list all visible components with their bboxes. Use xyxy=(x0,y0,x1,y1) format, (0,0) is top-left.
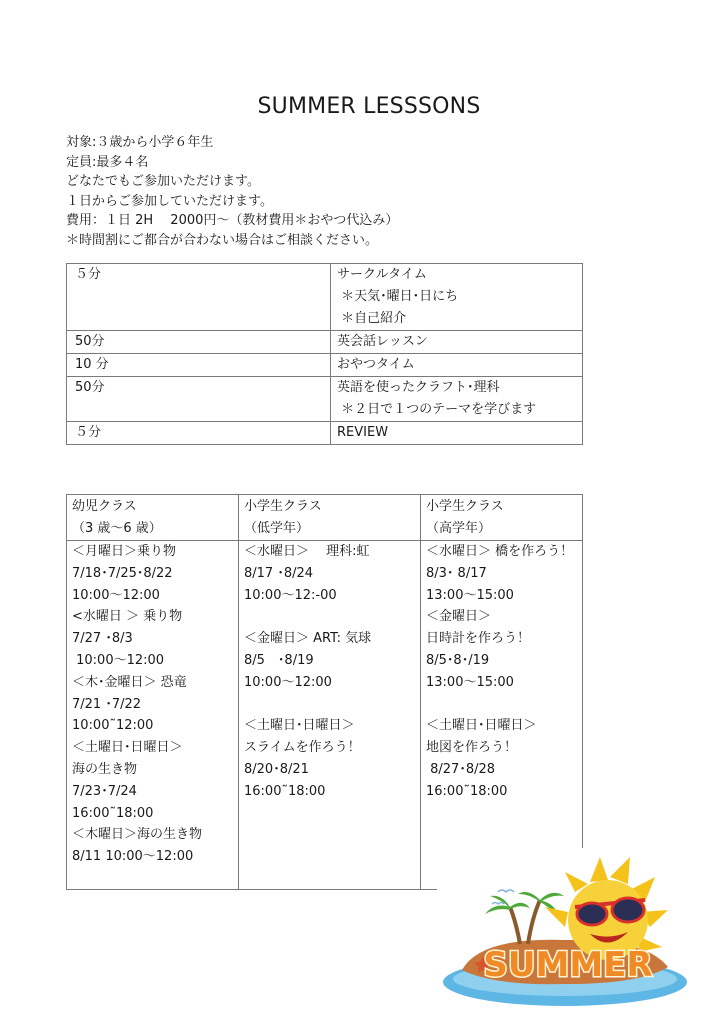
schedule-activity: REVIEW xyxy=(331,422,583,445)
class-schedule-line: ＜土曜日･日曜日＞ xyxy=(244,715,420,737)
class-schedule-line: 16:00˜18:00 xyxy=(426,781,582,803)
class-schedule-line: 7/23･7/24 xyxy=(72,781,238,803)
class-schedule-line: ＜水曜日＞ 橋を作ろう！ xyxy=(426,541,582,563)
info-one-day: １日からご参加していただけます。 xyxy=(66,192,398,212)
schedule-activity: サークルタイム ＊天気･曜日･日にち ＊自己紹介 xyxy=(331,264,583,331)
activity-title: REVIEW xyxy=(337,422,582,444)
class-schedule-line xyxy=(426,694,582,716)
class-schedule-line: 7/18･7/25･8/22 xyxy=(72,563,238,585)
schedule-duration: ５分 xyxy=(67,264,331,331)
class-schedule-line: ＜土曜日･日曜日＞ xyxy=(72,737,238,759)
activity-title: サークルタイム xyxy=(337,264,582,286)
class-schedule-toddler: ＜月曜日＞乗り物7/18･7/25･8/2210:00～12:00<水曜日 ＞ … xyxy=(67,541,239,890)
class-schedule-line: ＜金曜日＞ ART: 気球 xyxy=(244,628,420,650)
class-header-toddler: 幼児クラス（3 歳～6 歳） xyxy=(67,495,239,541)
class-schedule-line: ＜木曜日＞海の生き物 xyxy=(72,824,238,846)
class-name: 小学生クラス xyxy=(244,496,420,518)
class-schedule-line: 10:00˜12:00 xyxy=(72,715,238,737)
info-note: ＊時間割にご都合が合わない場合はご相談ください。 xyxy=(66,231,398,251)
info-capacity: 定員:最多４名 xyxy=(66,153,398,173)
class-schedule-line: 10:00～12:-00 xyxy=(244,585,420,607)
class-schedule-line: 10:00～12:00 xyxy=(72,650,238,672)
class-header-upper: 小学生クラス（高学年） xyxy=(421,495,583,541)
class-schedule-upper: ＜水曜日＞ 橋を作ろう！8/3･ 8/1713:00～15:00＜金曜日＞日時計… xyxy=(421,541,583,890)
class-schedule-line: 8/5 ･8/19 xyxy=(244,650,420,672)
class-age: （低学年） xyxy=(244,518,420,540)
activity-note: ＊天気･曜日･日にち xyxy=(337,286,582,308)
activity-title: 英語を使ったクラフト･理科 xyxy=(337,377,582,399)
schedule-duration: 50分 xyxy=(67,331,331,354)
bird-icon xyxy=(492,903,504,905)
schedule-row: ５分サークルタイム ＊天気･曜日･日にち ＊自己紹介 xyxy=(67,264,583,331)
class-schedule-line: 日時計を作ろう！ xyxy=(426,628,582,650)
class-schedule-line: 8/3･ 8/17 xyxy=(426,563,582,585)
class-body-row: ＜月曜日＞乗り物7/18･7/25･8/2210:00～12:00<水曜日 ＞ … xyxy=(67,541,583,890)
class-schedule-lower: ＜水曜日＞ 理科:虹8/17 ･8/2410:00～12:-00＜金曜日＞ AR… xyxy=(239,541,421,890)
schedule-activity: 英語を使ったクラフト･理科 ＊２日で１つのテーマを学びます xyxy=(331,377,583,422)
bird-icon xyxy=(498,890,514,892)
class-age: （高学年） xyxy=(426,518,582,540)
class-name: 小学生クラス xyxy=(426,496,582,518)
class-table: 幼児クラス（3 歳～6 歳） 小学生クラス（低学年） 小学生クラス（高学年） ＜… xyxy=(66,494,583,890)
class-schedule-line: 8/5･8･/19 xyxy=(426,650,582,672)
summer-illustration: SUMMER xyxy=(440,852,690,1017)
class-schedule-line: 10:00～12:00 xyxy=(244,672,420,694)
class-schedule-line: 8/20･8/21 xyxy=(244,759,420,781)
class-schedule-line: 10:00～12:00 xyxy=(72,585,238,607)
class-age: （3 歳～6 歳） xyxy=(72,518,238,540)
class-schedule-line: ＜金曜日＞ xyxy=(426,606,582,628)
class-schedule-line: 8/17 ･8/24 xyxy=(244,563,420,585)
info-fee: 費用：１日 2H 2000円～（教材費用＊おやつ代込み） xyxy=(66,211,398,231)
class-schedule-line: ＜土曜日･日曜日＞ xyxy=(426,715,582,737)
class-schedule-line: スライムを作ろう！ xyxy=(244,737,420,759)
info-target: 対象:３歳から小学６年生 xyxy=(66,133,398,153)
class-schedule-line: 8/27･8/28 xyxy=(426,759,582,781)
schedule-table: ５分サークルタイム ＊天気･曜日･日にち ＊自己紹介50分英会話レッスン10 分… xyxy=(66,263,583,445)
class-schedule-line: <水曜日 ＞ 乗り物 xyxy=(72,606,238,628)
class-header-lower: 小学生クラス（低学年） xyxy=(239,495,421,541)
class-schedule-line: ＜木･金曜日＞ 恐竜 xyxy=(72,672,238,694)
activity-note: ＊２日で１つのテーマを学びます xyxy=(337,399,582,421)
schedule-duration: ５分 xyxy=(67,422,331,445)
schedule-activity: 英会話レッスン xyxy=(331,331,583,354)
class-schedule-line: 海の生き物 xyxy=(72,759,238,781)
schedule-row: 10 分おやつタイム xyxy=(67,354,583,377)
schedule-row: ５分REVIEW xyxy=(67,422,583,445)
class-name: 幼児クラス xyxy=(72,496,238,518)
class-schedule-line: 13:00～15:00 xyxy=(426,672,582,694)
class-schedule-line: 16:00˜18:00 xyxy=(72,803,238,825)
class-schedule-line xyxy=(244,606,420,628)
sunglasses-icon xyxy=(577,903,607,925)
page-title: SUMMER LESSSONS xyxy=(0,94,724,119)
schedule-duration: 10 分 xyxy=(67,354,331,377)
class-header-row: 幼児クラス（3 歳～6 歳） 小学生クラス（低学年） 小学生クラス（高学年） xyxy=(67,495,583,541)
class-schedule-line: 地図を作ろう！ xyxy=(426,737,582,759)
schedule-activity: おやつタイム xyxy=(331,354,583,377)
info-block: 対象:３歳から小学６年生 定員:最多４名 どなたでもご参加いただけます。 １日か… xyxy=(66,133,398,251)
class-schedule-line: ＜月曜日＞乗り物 xyxy=(72,541,238,563)
schedule-row: 50分英語を使ったクラフト･理科 ＊２日で１つのテーマを学びます xyxy=(67,377,583,422)
info-anyone: どなたでもご参加いただけます。 xyxy=(66,172,398,192)
activity-title: 英会話レッスン xyxy=(337,331,582,353)
class-schedule-line: 16:00˜18:00 xyxy=(244,781,420,803)
activity-note: ＊自己紹介 xyxy=(337,308,582,330)
class-schedule-line: 7/27 ･8/3 xyxy=(72,628,238,650)
class-schedule-line: 7/21 ･7/22 xyxy=(72,694,238,716)
activity-title: おやつタイム xyxy=(337,354,582,376)
class-schedule-line: 8/11 10:00～12:00 xyxy=(72,846,238,868)
class-schedule-line: 13:00～15:00 xyxy=(426,585,582,607)
class-schedule-line xyxy=(244,694,420,716)
schedule-row: 50分英会話レッスン xyxy=(67,331,583,354)
summer-label: SUMMER xyxy=(483,945,652,985)
class-schedule-line: ＜水曜日＞ 理科:虹 xyxy=(244,541,420,563)
schedule-duration: 50分 xyxy=(67,377,331,422)
